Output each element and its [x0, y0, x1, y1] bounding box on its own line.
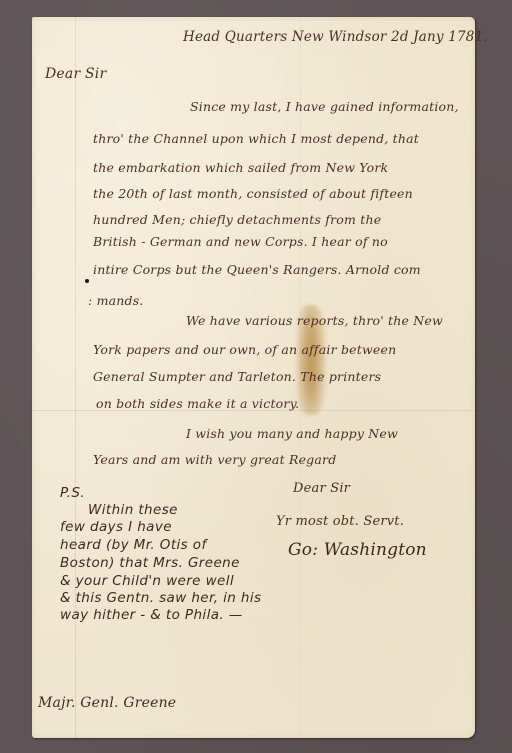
body-line: hundred Men; chiefly detachments from th…	[93, 212, 381, 227]
body-line: York papers and our own, of an affair be…	[93, 342, 396, 357]
addressee: Majr. Genl. Greene	[38, 695, 176, 711]
body-line: We have various reports, thro' the New	[186, 313, 443, 328]
body-line: the 20th of last month, consisted of abo…	[93, 186, 413, 201]
signature: Go: Washington	[288, 540, 427, 560]
postscript-line: heard (by Mr. Otis of	[60, 537, 207, 553]
postscript-label: P.S.	[60, 485, 85, 501]
body-line: General Sumpter and Tarleton. The printe…	[93, 369, 381, 384]
postscript-line: Boston) that Mrs. Greene	[60, 555, 240, 571]
body-line: British - German and new Corps. I hear o…	[93, 234, 388, 249]
postscript-line: & this Gentn. saw her, in his	[60, 590, 261, 606]
body-line: intire Corps but the Queen's Rangers. Ar…	[93, 262, 421, 277]
letter-heading-place-date: Head Quarters New Windsor 2d Jany 1781.	[183, 29, 488, 45]
postscript-line: & your Child'n were well	[60, 573, 234, 589]
letter-salutation: Dear Sir	[45, 66, 106, 82]
postscript-line: few days I have	[60, 519, 172, 535]
body-line: Years and am with very great Regard	[93, 452, 336, 467]
body-line: Since my last, I have gained information…	[190, 99, 459, 114]
closing-line: Yr most obt. Servt.	[276, 514, 404, 529]
ink-dot	[85, 279, 89, 283]
postscript-line: way hither - & to Phila. —	[60, 607, 243, 623]
body-line: : mands.	[88, 293, 144, 308]
body-line: I wish you many and happy New	[186, 426, 398, 441]
postscript-line: Within these	[88, 502, 178, 518]
body-line: thro' the Channel upon which I most depe…	[93, 131, 419, 146]
body-line: on both sides make it a victory.	[96, 396, 299, 411]
closing-line: Dear Sir	[293, 481, 350, 496]
vertical-fold-left	[75, 17, 76, 738]
body-line: the embarkation which sailed from New Yo…	[93, 160, 388, 175]
